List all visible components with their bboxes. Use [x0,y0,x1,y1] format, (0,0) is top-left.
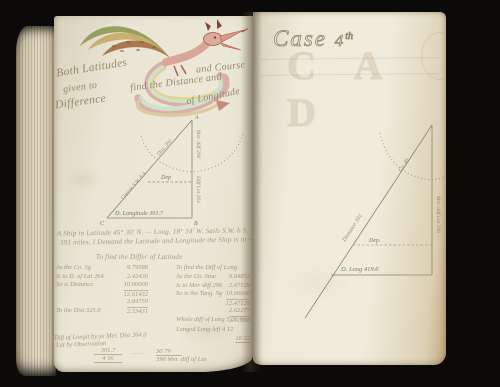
log-row: So is the Tang. Sg10.00000 [176,290,246,299]
row-value: 2.42430 [127,273,148,280]
row-value: 2.84750 [127,298,148,305]
right-column-header: To find the Diff of Long [176,264,246,273]
log-row: So is Distance10.00000 [56,281,148,290]
bottom-stack-left: 301.7 4 56 [94,347,122,363]
log-table-right-column: To find the Diff of Long As the Co. Sine… [176,264,246,343]
row-label: As the Co. Sine [176,273,216,280]
row-value: 10.00000 [124,281,148,288]
log-row: 12.47129 [176,299,246,308]
to-find-diff-latitude-header: To find the Differ of Latitude [96,253,182,261]
dragon-tail-arrow [216,100,230,111]
stack-value: 30 79 [156,348,182,356]
stack-value: 396 Mer. diff of Lat [156,356,186,363]
photo-of-open-manuscript-book: Both Latitudes and Course given to find … [0,0,500,387]
row-value: 2.53431 [127,307,148,315]
case-ordinal-suffix: th [345,31,353,42]
vertex-label-c: C [100,221,105,227]
dragon-eye [214,37,216,39]
row-label: Longed Long left 4 12 [176,326,233,333]
dragon-ears [205,19,222,31]
left-page: Both Latitudes and Course given to find … [54,16,253,372]
row-value: 9.79588 [127,264,148,271]
dragon-wing-inner [102,41,170,59]
hypotenuse-distance-label: Dist. 391 [155,138,174,158]
vertex-label-b: B [194,221,198,227]
meridional-diff-label: Mer. diff 296 [195,129,202,159]
log-row: As the Co. Sine9.84852 [176,273,246,282]
log-row: To the Dist 325.92.53431 [56,307,148,316]
row-label: Is to D. of Lat 264 [56,273,104,280]
log-table: As the Co. Sg9.79588 Is to D. of Lat 264… [56,264,253,344]
book-gutter-shadow [241,12,262,372]
row-value: 12.61432 [124,290,148,298]
dragon-head [204,33,223,46]
row-label: So is Distance [56,281,93,288]
longitude-left-line: Longed Long left 4 12 [176,326,246,335]
book-page-edges [16,26,56,376]
stack-value: 301.7 [94,347,122,355]
right-page: Case 4th C A D Distance 391 Co. 46 Mer. … [253,12,446,365]
log-row: 2.62277 [176,307,246,316]
diagram-hypotenuse [305,125,432,318]
bottom-dash-connector: — — [132,350,145,357]
bottom-stack-right: 30 79 396 Mer. diff of Lat [156,348,186,363]
diagram-compass-arc [380,133,446,180]
diff-longitude-label: D. Longitude 301.7 [114,210,164,217]
vertex-label-a: A [194,115,199,121]
log-row: Is to Mer. diff 2962.47129 [176,282,246,291]
log-table-left-column: As the Co. Sg9.79588 Is to D. of Lat 264… [56,264,148,315]
departure-label: Dep [160,175,171,181]
hypotenuse-distance-label: Distance 391 [341,213,364,244]
diff-lat-label: Diff Lat 264 [195,175,202,203]
log-row: 2.84750 [56,298,148,307]
dragon-lower-jaw [221,43,241,50]
row-label: To the Dist 325.9 [56,307,101,314]
course-label: Co. 46 [397,157,411,173]
log-row: As the Co. Sg9.79588 [56,264,148,273]
log-row: 12.61432 [56,290,148,299]
diagram-hypotenuse [107,120,192,218]
right-sailing-diagram: Distance 391 Co. 46 Mer. diff Lat 296 De… [295,108,446,323]
diff-longitude-label: D. Long 419.6 [340,266,379,273]
left-sailing-diagram: A B C Course S.W. b S. Dist. 391 Mer. di… [85,112,250,227]
stack-value: 4 56 [94,355,122,363]
meridional-diff-label: Mer. diff Lat 296 [435,195,442,233]
departure-label: Dep. [368,238,381,244]
row-label: Is to Mer. diff 296 [176,282,222,289]
log-row: Is to D. of Lat 2642.42430 [56,273,148,282]
longitude-left-result: 18 33 [176,335,246,344]
hypotenuse-course-label: Course S.W. b S. [120,170,148,201]
row-label: So is the Tang. Sg [176,290,222,297]
row-label: As the Co. Sg [56,264,91,271]
log-row: Whole diff of Long 5 21 W2.51388 [176,316,246,325]
